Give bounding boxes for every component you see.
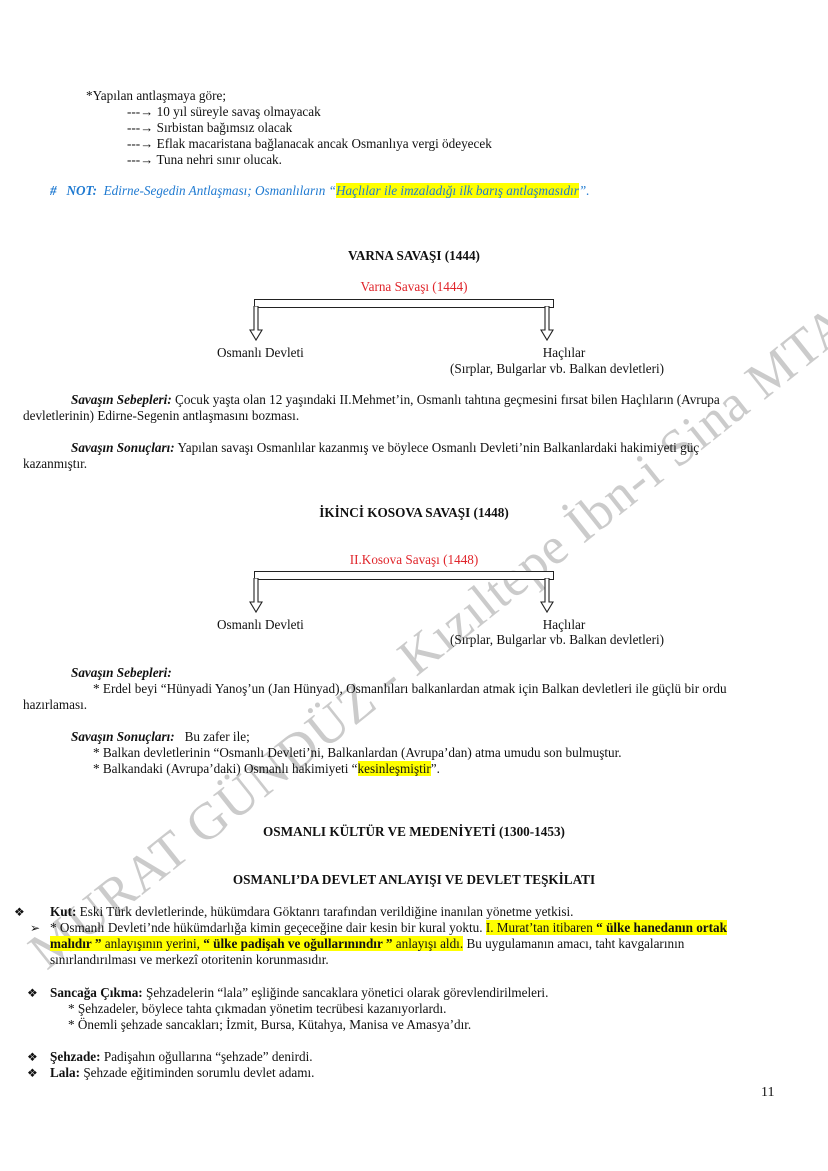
note-highlight: Haçlılar ile imzaladığı ilk barış antlaş… xyxy=(336,183,579,198)
culture-heading: OSMANLI KÜLTÜR VE MEDENİYETİ (1300-1453) xyxy=(0,824,828,840)
note-hash: # xyxy=(50,183,57,198)
kosova-left-label: Osmanlı Devleti xyxy=(217,617,304,633)
kut-label: Kut: xyxy=(50,904,76,919)
succession-line3: sınırlandırılması ve merkezî otoritenin … xyxy=(50,952,329,968)
arrow-bullet-icon: ➢ xyxy=(30,920,40,936)
lala-item: Lala: Şehzade eğitiminden sorumlu devlet… xyxy=(50,1065,314,1081)
sehzade-item: Şehzade: Padişahın oğullarına “şehzade” … xyxy=(50,1049,313,1065)
varna-diagram-title: Varna Savaşı (1444) xyxy=(0,279,828,295)
kosova-results-item: * Balkandaki (Avrupa’daki) Osmanlı hakim… xyxy=(93,761,440,777)
treaty-intro: *Yapılan antlaşmaya göre; xyxy=(86,88,226,104)
treaty-item: ---→ Eflak macaristana bağlanacak ancak … xyxy=(127,136,492,152)
kosova-results-label: Savaşın Sonuçları: xyxy=(71,729,175,744)
diamond-bullet-icon: ❖ xyxy=(27,1065,38,1081)
treaty-item: ---→ Tuna nehri sınır olucak. xyxy=(127,152,282,168)
down-arrow-icon xyxy=(540,306,554,342)
diamond-bullet-icon: ❖ xyxy=(14,904,25,920)
succession-line1: * Osmanlı Devleti’nde hükümdarlığa kimin… xyxy=(50,920,727,936)
sancak-label: Sancağa Çıkma: xyxy=(50,985,143,1000)
down-arrow-icon xyxy=(540,578,554,614)
sancak-item: Sancağa Çıkma: Şehzadelerin “lala” eşliğ… xyxy=(50,985,548,1001)
kosova-heading: İKİNCİ KOSOVA SAVAŞI (1448) xyxy=(0,505,828,521)
varna-results: Savaşın Sonuçları: Yapılan savaşı Osmanl… xyxy=(23,440,793,472)
kosova-results-item: * Balkan devletlerinin “Osmanlı Devleti’… xyxy=(93,745,622,761)
highlight: I. Murat’tan itibaren “ ülke hanedanın o… xyxy=(486,920,727,935)
kut-item: Kut: Eski Türk devletlerinde, hükümdara … xyxy=(50,904,573,920)
diamond-bullet-icon: ❖ xyxy=(27,985,38,1001)
arrow-icon: ---→ xyxy=(127,104,153,119)
page-number: 11 xyxy=(761,1085,774,1101)
varna-right-sublabel: (Sırplar, Bulgarlar vb. Balkan devletler… xyxy=(450,361,664,377)
arrow-icon: ---→ xyxy=(127,120,153,135)
highlight: malıdır ” anlayışının yerini, “ ülke pad… xyxy=(50,936,463,951)
note-line: # NOT: Edirne-Segedin Antlaşması; Osmanl… xyxy=(50,183,590,199)
treaty-item: ---→ 10 yıl süreyle savaş olmayacak xyxy=(127,104,321,120)
varna-causes: Savaşın Sebepleri: Çocuk yaşta olan 12 y… xyxy=(23,392,793,424)
kosova-diagram-title: II.Kosova Savaşı (1448) xyxy=(0,552,828,568)
down-arrow-icon xyxy=(249,578,263,614)
note-label: NOT: xyxy=(66,183,97,198)
varna-causes-label: Savaşın Sebepleri: xyxy=(71,392,172,407)
sancak-subitem: * Şehzadeler, böylece tahta çıkmadan yön… xyxy=(68,1001,446,1017)
varna-left-label: Osmanlı Devleti xyxy=(217,345,304,361)
succession-line2: malıdır ” anlayışının yerini, “ ülke pad… xyxy=(50,936,684,952)
arrow-icon: ---→ xyxy=(127,152,153,167)
varna-heading: VARNA SAVAŞI (1444) xyxy=(0,248,828,264)
arrow-icon: ---→ xyxy=(127,136,153,151)
culture-subheading: OSMANLI’DA DEVLET ANLAYIŞI VE DEVLET TEŞ… xyxy=(0,872,828,888)
kosova-right-label: Haçlılar xyxy=(450,617,678,633)
sehzade-label: Şehzade: xyxy=(50,1049,101,1064)
diamond-bullet-icon: ❖ xyxy=(27,1049,38,1065)
kosova-causes-line1: * Erdel beyi “Hünyadi Yanoş’un (Jan Hüny… xyxy=(93,681,727,697)
diagram-bar xyxy=(254,299,554,308)
lala-label: Lala: xyxy=(50,1065,80,1080)
diagram-bar xyxy=(254,571,554,580)
kosova-right-sublabel: (Sırplar, Bulgarlar vb. Balkan devletler… xyxy=(450,632,664,648)
sancak-subitem: * Önemli şehzade sancakları; İzmit, Burs… xyxy=(68,1017,471,1033)
varna-right-label: Haçlılar xyxy=(450,345,678,361)
kosova-causes-label: Savaşın Sebepleri: xyxy=(71,665,172,681)
kosova-results: Savaşın Sonuçları: Bu zafer ile; xyxy=(71,729,250,745)
down-arrow-icon xyxy=(249,306,263,342)
highlight: kesinleşmiştir xyxy=(358,761,431,776)
kosova-causes-line2: hazırlaması. xyxy=(23,697,87,713)
treaty-item: ---→ Sırbistan bağımsız olacak xyxy=(127,120,292,136)
varna-results-label: Savaşın Sonuçları: xyxy=(71,440,175,455)
